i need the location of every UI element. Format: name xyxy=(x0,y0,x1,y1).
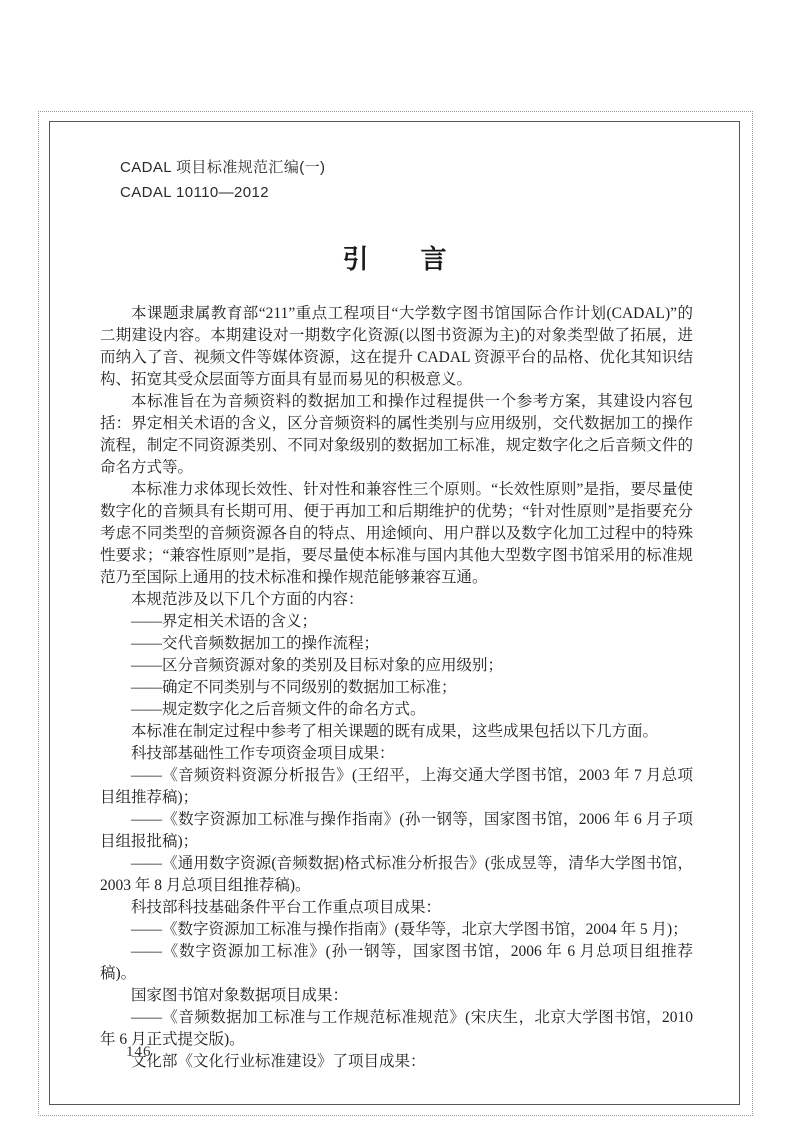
header-series-title: CADAL 项目标准规范汇编(一) xyxy=(120,155,325,180)
paragraph: ——区分音频资源对象的类别及目标对象的应用级别； xyxy=(100,655,693,677)
paragraph: 科技部基础性工作专项资金项目成果： xyxy=(100,743,693,765)
paragraph: 文化部《文化行业标准建设》了项目成果： xyxy=(100,1051,693,1073)
paragraph: ——《数字资源加工标准》(孙一钢等，国家图书馆，2006 年 6 月总项目组推荐… xyxy=(100,941,693,985)
paragraph: ——规定数字化之后音频文件的命名方式。 xyxy=(100,699,693,721)
paragraph: 本标准在制定过程中参考了相关课题的既有成果，这些成果包括以下几方面。 xyxy=(100,721,693,743)
paragraph: 国家图书馆对象数据项目成果： xyxy=(100,985,693,1007)
paragraph: ——《通用数字资源(音频数据)格式标准分析报告》(张成昱等，清华大学图书馆，20… xyxy=(100,853,693,897)
paragraph: ——《数字资源加工标准与操作指南》(聂华等，北京大学图书馆，2004 年 5 月… xyxy=(100,919,693,941)
paragraph: 科技部科技基础条件平台工作重点项目成果： xyxy=(100,897,693,919)
page-number: 146 xyxy=(126,1044,152,1061)
paragraph: ——《数字资源加工标准与操作指南》(孙一钢等，国家图书馆，2006 年 6 月子… xyxy=(100,809,693,853)
paragraph: ——《音频数据加工标准与工作规范标准规范》(宋庆生，北京大学图书馆，2010 年… xyxy=(100,1007,693,1051)
paragraph: 本标准旨在为音频资料的数据加工和操作过程提供一个参考方案，其建设内容包括：界定相… xyxy=(100,391,693,479)
paragraph: ——交代音频数据加工的操作流程； xyxy=(100,633,693,655)
paragraph: ——界定相关术语的含义； xyxy=(100,611,693,633)
paragraph: 本标准力求体现长效性、针对性和兼容性三个原则。“长效性原则”是指，要尽量使数字化… xyxy=(100,479,693,589)
page-frame: CADAL 项目标准规范汇编(一) CADAL 10110—2012 引 言 本… xyxy=(49,121,740,1105)
paragraph: ——《音频资料资源分析报告》(王绍平，上海交通大学图书馆，2003 年 7 月总… xyxy=(100,765,693,809)
paragraph: 本课题隶属教育部“211”重点工程项目“大学数字图书馆国际合作计划(CADAL)… xyxy=(100,303,693,391)
page-title: 引 言 xyxy=(50,239,739,276)
paragraph: 本规范涉及以下几个方面的内容： xyxy=(100,589,693,611)
document-page: CADAL 项目标准规范汇编(一) CADAL 10110—2012 引 言 本… xyxy=(0,0,793,1122)
document-body: 本课题隶属教育部“211”重点工程项目“大学数字图书馆国际合作计划(CADAL)… xyxy=(100,303,693,1073)
document-header: CADAL 项目标准规范汇编(一) CADAL 10110—2012 xyxy=(120,155,325,205)
header-doc-number: CADAL 10110—2012 xyxy=(120,180,325,205)
paragraph: ——确定不同类别与不同级别的数据加工标准； xyxy=(100,677,693,699)
